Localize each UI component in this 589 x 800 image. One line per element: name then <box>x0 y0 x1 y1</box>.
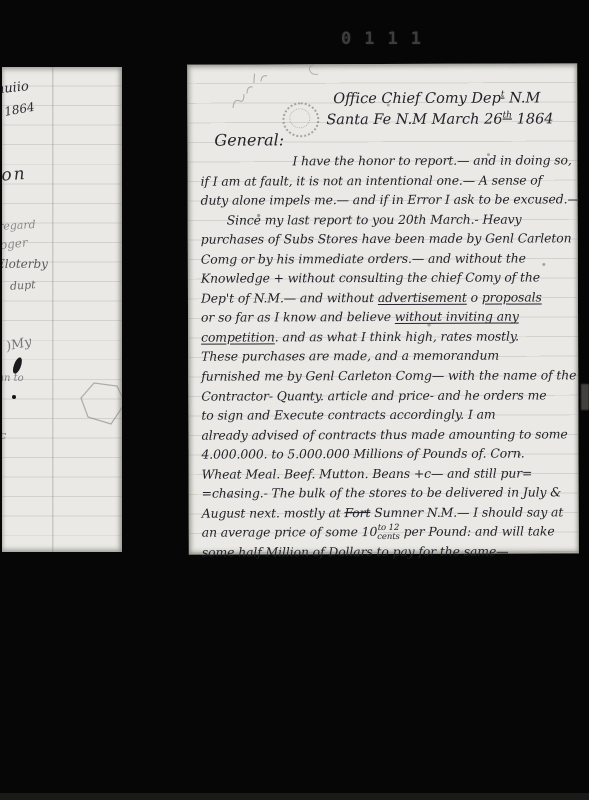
struck-word: Fort <box>344 505 370 520</box>
letter-line: already advised of contracts thus made a… <box>201 424 575 445</box>
date-line-text: 1864 <box>512 111 554 127</box>
letter-line: some half Million of Dollars to pay for … <box>202 541 576 562</box>
salutation: General: <box>214 130 284 149</box>
line-text: Sumner N.M.— I should say at <box>370 504 563 520</box>
line-text: an average price of some 10 <box>202 524 378 540</box>
letter-line: Contractor- Quanty. article and price- a… <box>201 385 575 406</box>
letter-line: an average price of some 10to 12cents pe… <box>202 522 576 543</box>
archival-frame-number: 0111 <box>341 29 434 49</box>
letter-line: purchases of Subs Stores have been made … <box>201 229 575 250</box>
underlined-phrase: without inviting any <box>395 309 519 324</box>
letter-line: Knowledge + without consulting the chief… <box>201 268 575 289</box>
letter-line: August next. mostly at Fort Sumner N.M.—… <box>202 502 576 523</box>
pencil-scribble-icon <box>218 63 278 117</box>
scanned-letter-photograph: 0111 muiio f 1864 ion regard loger Elote… <box>0 0 589 800</box>
letter-line: if I am at fault, it is not an intention… <box>201 170 575 191</box>
letter-line: or so far as I know and believe without … <box>201 307 575 328</box>
hexagon-pencil-mark-icon <box>2 67 122 467</box>
letter-line: duty alone impels me.— and if in Error I… <box>201 189 575 210</box>
line-text: or so far as I know and believe <box>201 309 395 325</box>
line-text: Dep't of N.M.— and without <box>201 290 378 306</box>
line-text: August next. mostly at <box>202 505 345 520</box>
embossed-circular-stamp-icon <box>282 102 319 137</box>
office-line-text: N.M <box>504 90 540 106</box>
date-line-superscript: th <box>503 111 512 121</box>
letter-line: to sign and Execute contracts accordingl… <box>201 404 575 425</box>
letter-page: Office Chief Comy Dept N.M Santa Fe N.M … <box>187 63 579 554</box>
letter-body: I have the honor to report.— and in doin… <box>200 150 575 562</box>
line-text: o <box>467 289 482 304</box>
scan-bottom-edge <box>0 793 589 800</box>
office-line-text: Office Chief Comy Dep <box>333 91 501 108</box>
underlined-word: competition <box>201 329 275 344</box>
letter-line: Dep't of N.M.— and without advertisement… <box>201 287 575 308</box>
letter-line: I have the honor to report.— and in doin… <box>200 150 574 171</box>
letter-line: competition. and as what I think high, r… <box>201 326 575 347</box>
letter-line: Wheat Meal. Beef. Mutton. Beans +c— and … <box>202 463 576 484</box>
previous-page-edge: muiio f 1864 ion regard loger Eloterby d… <box>2 67 122 552</box>
letter-line: 4.000.000. to 5.000.000 Millions of Poun… <box>201 444 575 465</box>
letterhead-date-line: Santa Fe N.M March 26th 1864 <box>326 110 553 128</box>
underlined-word: proposals <box>482 289 542 304</box>
paper-speckles <box>187 65 189 67</box>
pencil-curl-icon <box>303 62 321 78</box>
letter-line: These purchases are made, and a memorand… <box>201 346 575 367</box>
letter-line: Comg or by his immediate orders.— and wi… <box>201 248 575 269</box>
price-range-fraction: to 12cents <box>377 524 400 542</box>
line-text: . and as what I think high, rates mostly… <box>275 328 519 344</box>
date-line-text: Santa Fe N.M March 26 <box>326 112 502 129</box>
letter-line: furnished me by Genl Carleton Comg— with… <box>201 365 575 386</box>
letterhead-office-line: Office Chief Comy Dept N.M <box>333 89 540 107</box>
underlined-word: advertisement <box>378 290 467 305</box>
letter-line: Since my last report to you 20th March.-… <box>201 209 575 230</box>
stamp-inner-ring <box>289 108 310 128</box>
line-text: per Pound: and will take <box>400 524 555 540</box>
letter-line: =chasing.- The bulk of the stores to be … <box>202 483 576 504</box>
adjacent-page-edge <box>581 384 589 410</box>
